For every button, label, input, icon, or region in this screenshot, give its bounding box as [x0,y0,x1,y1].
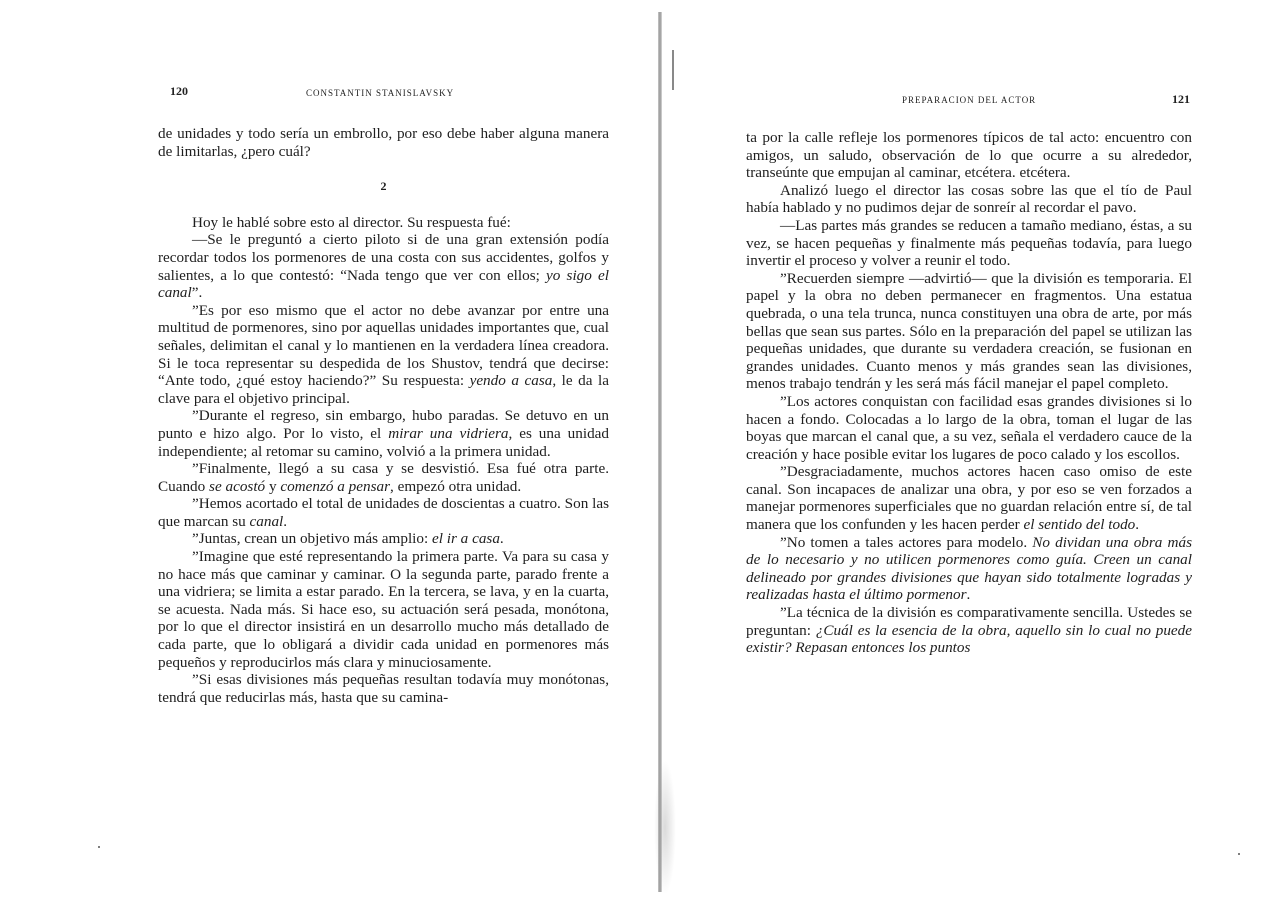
text-run: —Se le preguntó a cierto piloto si de un… [158,231,609,283]
left-page-paragraphs-after: Hoy le hablé sobre esto al director. Su … [158,214,609,707]
scan-speck [1238,853,1240,855]
paragraph: ”La técnica de la división es comparativ… [746,604,1192,657]
text-run: . [967,586,971,603]
paragraph: ta por la calle refleje los pormenores t… [746,129,1192,182]
section-number: 2 [158,178,609,196]
paragraph: de unidades y todo sería un embrollo, po… [158,125,609,160]
text-run: —Las partes más grandes se reducen a tam… [746,217,1192,269]
italic-text: mirar una vidriera [388,425,508,442]
text-run: ”Juntas, crean un objetivo más amplio: [192,530,432,547]
italic-text: el sentido del todo [1023,516,1135,533]
italic-text: se acostó [209,478,265,495]
text-run: . [283,513,287,530]
text-run: . [500,530,504,547]
running-head-left: CONSTANTIN STANISLAVSKY [306,88,454,98]
paragraph: ”Finalmente, llegó a su casa y se desvis… [158,460,609,495]
paragraph: ”Recuerden siempre —advirtió— que la div… [746,270,1192,393]
right-page-paragraphs: ta por la calle refleje los pormenores t… [746,129,1192,657]
paragraph: Analizó luego el director las cosas sobr… [746,182,1192,217]
paragraph: ”Los actores conquistan con facilidad es… [746,393,1192,463]
left-page: 120 CONSTANTIN STANISLAVSKY de unidades … [0,0,660,906]
paragraph: ”Durante el regreso, sin embargo, hubo p… [158,407,609,460]
text-run: Analizó luego el director las cosas sobr… [746,182,1192,217]
paragraph: —Se le preguntó a cierto piloto si de un… [158,231,609,301]
paragraph: ”Juntas, crean un objetivo más amplio: e… [158,530,609,548]
paragraph: ”Es por eso mismo que el actor no debe a… [158,302,609,408]
paragraph: ”Imagine que esté representando la prime… [158,548,609,671]
paragraph: ”No tomen a tales actores para modelo. N… [746,534,1192,604]
paragraph: ”Hemos acortado el total de unidades de … [158,495,609,530]
italic-text: comenzó a pensar [280,478,390,495]
text-run: ”Imagine que esté representando la prime… [158,548,609,671]
scan-speck [98,846,100,848]
text-run: ta por la calle refleje los pormenores t… [746,129,1192,181]
italic-text: canal [250,513,284,530]
text-run: ”Los actores conquistan con facilidad es… [746,393,1192,463]
paragraph: ”Desgraciadamente, muchos actores hacen … [746,463,1192,533]
text-run: . [1135,516,1139,533]
page-number-left: 120 [170,84,188,99]
text-run: ”Hemos acortado el total de unidades de … [158,495,609,530]
text-run: de unidades y todo sería un embrollo, po… [158,125,609,160]
right-page-text: ta por la calle refleje los pormenores t… [746,129,1192,657]
left-page-paragraphs-before: de unidades y todo sería un embrollo, po… [158,125,609,160]
paragraph: Hoy le hablé sobre esto al director. Su … [158,214,609,232]
italic-text: yendo a casa [470,372,553,389]
text-run: Hoy le hablé sobre esto al director. Su … [192,214,511,231]
italic-text: el ir a casa [432,530,500,547]
paragraph: —Las partes más grandes se reducen a tam… [746,217,1192,270]
text-run: ”No tomen a tales actores para modelo. [780,534,1032,551]
text-run: ”. [192,284,203,301]
paragraph: ”Si esas divisiones más pequeñas resulta… [158,671,609,706]
text-run: ”Si esas divisiones más pequeñas resulta… [158,671,609,706]
text-run: y [265,478,280,495]
running-head-right: PREPARACION DEL ACTOR [902,95,1036,105]
text-run: ”Recuerden siempre —advirtió— que la div… [746,270,1192,393]
left-page-text: de unidades y todo sería un embrollo, po… [158,125,609,706]
page-number-right: 121 [1172,92,1190,107]
right-page: PREPARACION DEL ACTOR 121 ta por la call… [662,0,1280,906]
text-run: , empezó otra unidad. [390,478,521,495]
